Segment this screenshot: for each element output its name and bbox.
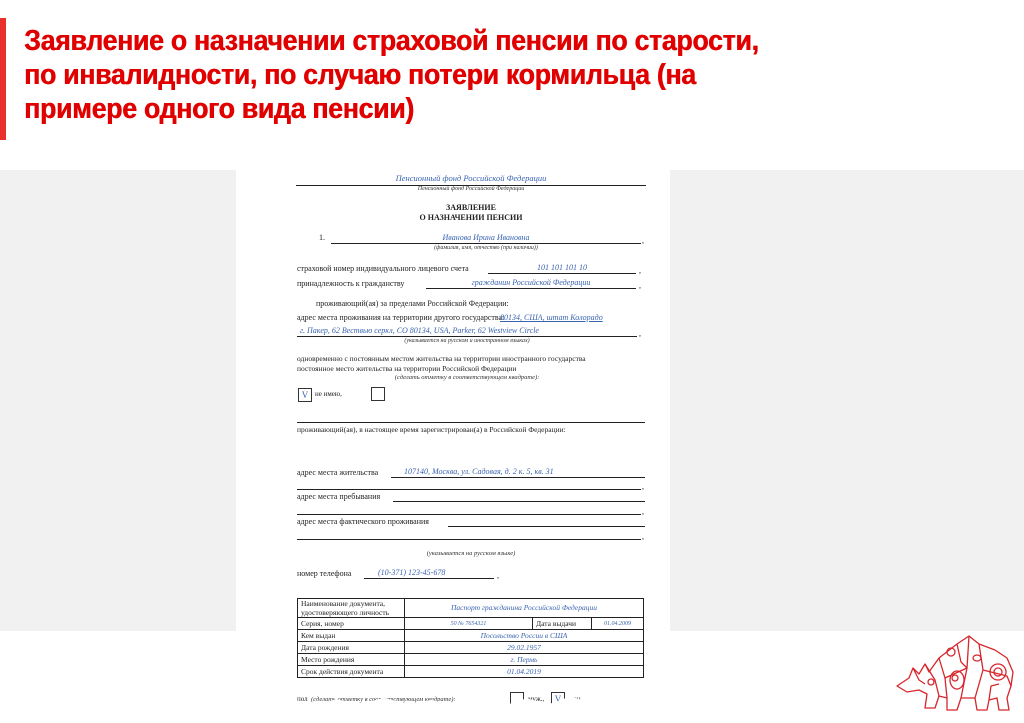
checkbox-have[interactable] <box>371 387 385 401</box>
row-extra-value: 01.04.2009 <box>592 618 644 630</box>
table-row: Наименование документа, удостоверяющего … <box>298 599 644 618</box>
table-row: Срок действия документа 01.04.2019 <box>298 666 644 678</box>
row-extra-label: Дата выдачи <box>533 618 592 630</box>
org-caption: Пенсионный фонд Российской Федерации <box>296 186 646 192</box>
row-value: 01.04.2019 <box>405 666 644 678</box>
foreign-address-caption: (указывается на русском и иностранном яз… <box>297 338 637 344</box>
actual-label: адрес места фактического проживания <box>297 517 429 526</box>
stay-label: адрес места пребывания <box>297 492 380 501</box>
phone-label: номер телефона <box>297 569 351 578</box>
residence-label: адрес места жительства <box>297 468 378 477</box>
row-label: Срок действия документа <box>298 666 405 678</box>
checkbox-sex-female[interactable]: V <box>551 692 565 706</box>
stay-line <box>393 501 645 502</box>
phone-line <box>364 578 494 579</box>
application-form-document: Пенсионный фонд Российской Федерации Пен… <box>236 160 670 712</box>
simultaneous-line2: постоянное место жительства на территори… <box>297 364 516 373</box>
full-name-caption: (фамилия, имя, отчество (при наличии)) <box>331 245 641 251</box>
simultaneous-line1: одновременно с постоянным местом жительс… <box>297 354 586 363</box>
slide-title: Заявление о назначении страховой пенсии … <box>24 24 778 126</box>
full-name-line <box>331 243 641 244</box>
org-filled: Пенсионный фонд Российской Федерации <box>296 173 646 183</box>
row-value: Посольство России в США <box>405 630 644 642</box>
table-row: Дата рождения 29.02.1957 <box>298 642 644 654</box>
accent-bar <box>0 18 6 140</box>
phone-value: (10-371) 123-45-678 <box>378 568 445 577</box>
actual-line <box>448 526 645 527</box>
russian-caption: (указывается на русском языке) <box>297 550 645 557</box>
heading-line1: ЗАЯВЛЕНИЕ <box>296 203 646 212</box>
sex-label: пол <box>297 695 308 703</box>
row-label: Место рождения <box>298 654 405 666</box>
residence-line2 <box>297 489 641 490</box>
snils-value: 101 101 101 10 <box>488 263 636 272</box>
row-value: 29.02.1957 <box>405 642 644 654</box>
checkbox-not-have-label: не имею, <box>315 390 342 398</box>
sex-male-label: муж., <box>528 695 544 703</box>
residence-line <box>391 477 645 478</box>
foreign-address-line2: г. Пакер, 62 Вествью серкл, CO 80134, US… <box>300 326 539 335</box>
foreign-address-label: адрес места проживания на территории дру… <box>297 313 504 322</box>
row-value: г. Пермь <box>405 654 644 666</box>
heading-line2: О НАЗНАЧЕНИИ ПЕНСИИ <box>296 213 646 222</box>
row-label: Дата рождения <box>298 642 405 654</box>
snils-label: страховой номер индивидуального лицевого… <box>297 264 469 273</box>
full-name-value: Иванова Ирина Ивановна <box>331 233 641 242</box>
abroad-heading: проживающий(ая) за пределами Российской … <box>316 299 509 308</box>
id-document-table: Наименование документа, удостоверяющего … <box>297 598 644 678</box>
table-row: Серия, номер 50 № 7654321 Дата выдачи 01… <box>298 618 644 630</box>
snils-line <box>488 273 636 274</box>
citizenship-value: гражданин Российской Федерации <box>426 278 636 287</box>
rhino-logo-icon <box>895 628 1017 716</box>
foreign-address-line <box>297 336 637 337</box>
foreign-address-line1: 80134, США, штат Колорадо <box>500 313 603 322</box>
mark-instruction: (сделать отметку в соответствующем квадр… <box>297 374 637 381</box>
row-value: Паспорт гражданина Российской Федерации <box>405 599 644 618</box>
divider <box>297 422 645 423</box>
residing-heading: проживающий(ая), в настоящее время зарег… <box>297 425 566 434</box>
residence-value: 107140, Москва, ул. Садовая, д. 2 к. 5, … <box>404 467 554 476</box>
row-value: 50 № 7654321 <box>405 618 533 630</box>
sex-instruction: (сделать отметку в соответствующем квадр… <box>311 696 456 703</box>
item-number: 1. <box>319 233 325 242</box>
actual-line2 <box>297 539 641 540</box>
row-label: Серия, номер <box>298 618 405 630</box>
row-label: Кем выдан <box>298 630 405 642</box>
stay-line2 <box>297 514 641 515</box>
table-row: Место рождения г. Пермь <box>298 654 644 666</box>
citizenship-line <box>426 288 636 289</box>
checkbox-sex-male[interactable] <box>510 692 524 706</box>
sex-female-label: жен. <box>569 695 582 703</box>
table-row: Кем выдан Посольство России в США <box>298 630 644 642</box>
citizenship-label: принадлежность к гражданству <box>297 279 404 288</box>
row-label: Наименование документа, удостоверяющего … <box>298 599 405 618</box>
checkbox-not-have[interactable]: V <box>298 388 312 402</box>
